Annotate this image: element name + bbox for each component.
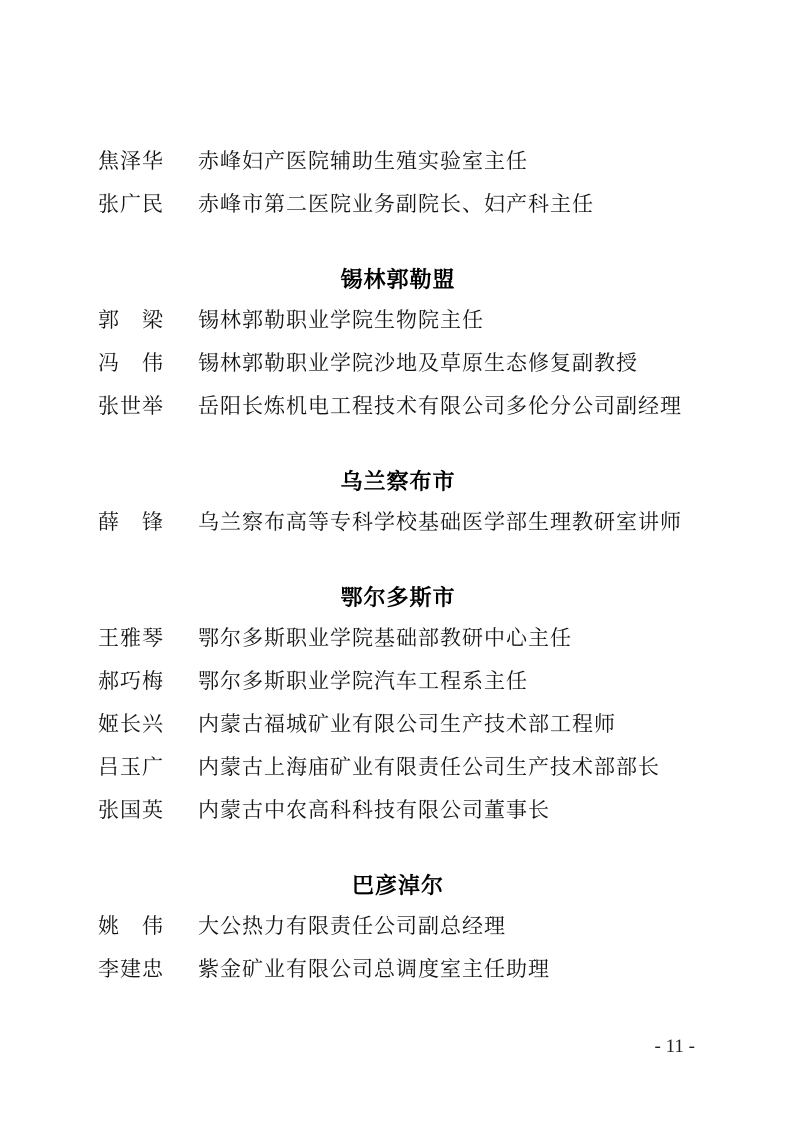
entry-title: 乌兰察布高等专科学校基础医学部生理教研室讲师	[198, 511, 698, 534]
document-page: 焦泽华 赤峰妇产医院辅助生殖实验室主任 张广民 赤峰市第二医院业务副院长、妇产科…	[0, 0, 794, 1123]
entry-name: 姬长兴	[98, 713, 198, 736]
region-entries: 王雅琴 鄂尔多斯职业学院基础部教研中心主任 郝巧梅 鄂尔多斯职业学院汽车工程系主…	[98, 627, 698, 822]
entry-title: 内蒙古中农高科科技有限公司董事长	[198, 799, 698, 822]
entry-row: 李建忠 紫金矿业有限公司总调度室主任助理	[98, 958, 698, 981]
page-number: - 11 -	[655, 1036, 695, 1058]
region-entries: 姚 伟 大公热力有限责任公司副总经理 李建忠 紫金矿业有限公司总调度室主任助理	[98, 915, 698, 981]
entry-name: 郝巧梅	[98, 670, 198, 693]
entry-name: 张国英	[98, 799, 198, 822]
entry-title: 紫金矿业有限公司总调度室主任助理	[198, 958, 698, 981]
region-section: 鄂尔多斯市 王雅琴 鄂尔多斯职业学院基础部教研中心主任 郝巧梅 鄂尔多斯职业学院…	[98, 586, 698, 822]
region-heading: 锡林郭勒盟	[98, 268, 698, 292]
region-heading: 巴彦淖尔	[98, 874, 698, 898]
entry-title: 锡林郭勒职业学院生物院主任	[198, 309, 698, 332]
entry-name: 薛 锋	[98, 511, 198, 534]
region-entries: 薛 锋 乌兰察布高等专科学校基础医学部生理教研室讲师	[98, 511, 698, 534]
entry-name: 焦泽华	[98, 150, 198, 173]
entry-title: 内蒙古福城矿业有限公司生产技术部工程师	[198, 713, 698, 736]
entry-row: 王雅琴 鄂尔多斯职业学院基础部教研中心主任	[98, 627, 698, 650]
awardee-list: 焦泽华 赤峰妇产医院辅助生殖实验室主任 张广民 赤峰市第二医院业务副院长、妇产科…	[98, 150, 698, 1001]
entry-row: 姬长兴 内蒙古福城矿业有限公司生产技术部工程师	[98, 713, 698, 736]
entry-row: 张世举 岳阳长炼机电工程技术有限公司多伦分公司副经理	[98, 395, 698, 418]
entry-row: 郝巧梅 鄂尔多斯职业学院汽车工程系主任	[98, 670, 698, 693]
entry-row: 冯 伟 锡林郭勒职业学院沙地及草原生态修复副教授	[98, 352, 698, 375]
region-entries: 焦泽华 赤峰妇产医院辅助生殖实验室主任 张广民 赤峰市第二医院业务副院长、妇产科…	[98, 150, 698, 216]
entry-title: 内蒙古上海庙矿业有限责任公司生产技术部部长	[198, 756, 698, 779]
entry-name: 吕玉广	[98, 756, 198, 779]
region-section: 巴彦淖尔 姚 伟 大公热力有限责任公司副总经理 李建忠 紫金矿业有限公司总调度室…	[98, 874, 698, 981]
entry-name: 姚 伟	[98, 915, 198, 938]
entry-name: 郭 梁	[98, 309, 198, 332]
entry-row: 薛 锋 乌兰察布高等专科学校基础医学部生理教研室讲师	[98, 511, 698, 534]
entry-row: 焦泽华 赤峰妇产医院辅助生殖实验室主任	[98, 150, 698, 173]
region-heading: 乌兰察布市	[98, 470, 698, 494]
entry-row: 郭 梁 锡林郭勒职业学院生物院主任	[98, 309, 698, 332]
region-section: 乌兰察布市 薛 锋 乌兰察布高等专科学校基础医学部生理教研室讲师	[98, 470, 698, 534]
entry-title: 锡林郭勒职业学院沙地及草原生态修复副教授	[198, 352, 698, 375]
entry-name: 张广民	[98, 193, 198, 216]
entry-row: 张广民 赤峰市第二医院业务副院长、妇产科主任	[98, 193, 698, 216]
region-section: 焦泽华 赤峰妇产医院辅助生殖实验室主任 张广民 赤峰市第二医院业务副院长、妇产科…	[98, 150, 698, 216]
entry-title: 鄂尔多斯职业学院基础部教研中心主任	[198, 627, 698, 650]
entry-title: 赤峰妇产医院辅助生殖实验室主任	[198, 150, 698, 173]
entry-title: 大公热力有限责任公司副总经理	[198, 915, 698, 938]
region-section: 锡林郭勒盟 郭 梁 锡林郭勒职业学院生物院主任 冯 伟 锡林郭勒职业学院沙地及草…	[98, 268, 698, 418]
region-entries: 郭 梁 锡林郭勒职业学院生物院主任 冯 伟 锡林郭勒职业学院沙地及草原生态修复副…	[98, 309, 698, 418]
entry-row: 姚 伟 大公热力有限责任公司副总经理	[98, 915, 698, 938]
entry-title: 赤峰市第二医院业务副院长、妇产科主任	[198, 193, 698, 216]
region-heading: 鄂尔多斯市	[98, 586, 698, 610]
entry-title: 岳阳长炼机电工程技术有限公司多伦分公司副经理	[198, 395, 698, 418]
entry-name: 王雅琴	[98, 627, 198, 650]
entry-title: 鄂尔多斯职业学院汽车工程系主任	[198, 670, 698, 693]
entry-name: 冯 伟	[98, 352, 198, 375]
entry-row: 吕玉广 内蒙古上海庙矿业有限责任公司生产技术部部长	[98, 756, 698, 779]
entry-row: 张国英 内蒙古中农高科科技有限公司董事长	[98, 799, 698, 822]
entry-name: 李建忠	[98, 958, 198, 981]
entry-name: 张世举	[98, 395, 198, 418]
